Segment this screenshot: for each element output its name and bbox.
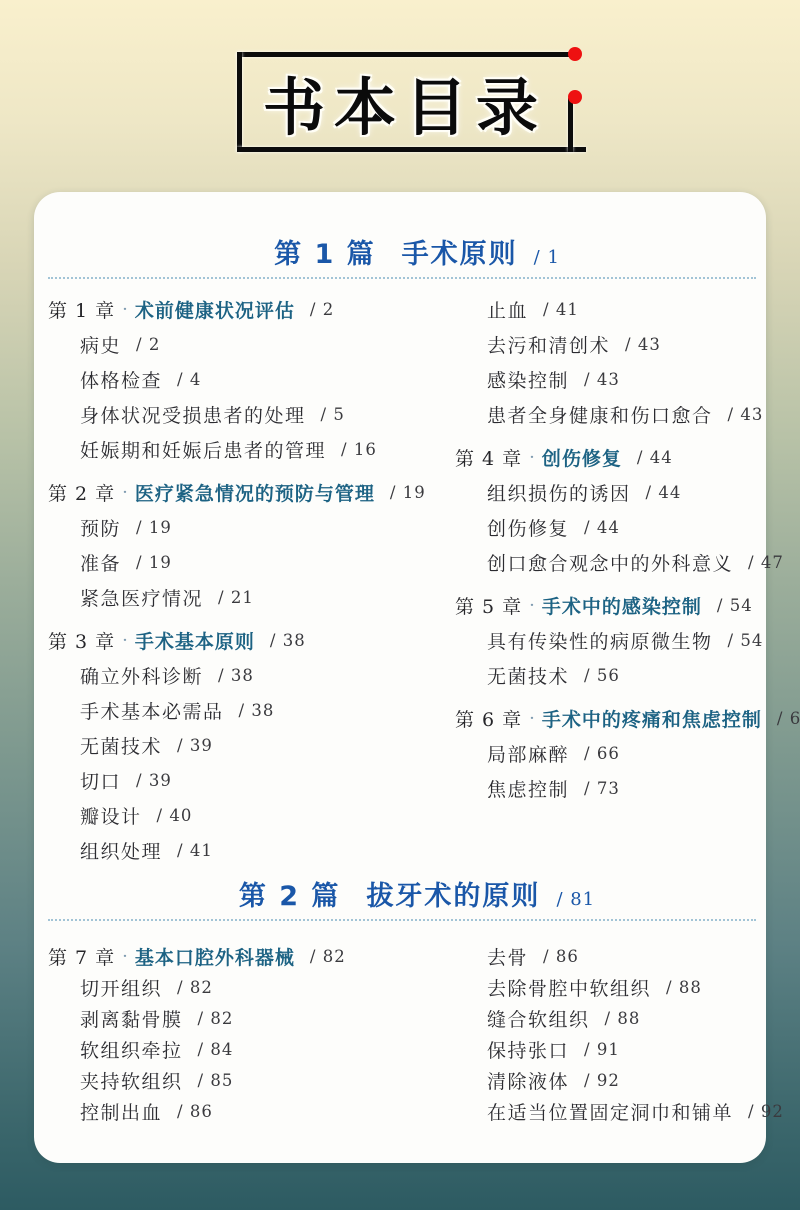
toc-item-row: 切开组织/ 82 (48, 972, 455, 1003)
toc-item-title: 缝合软组织 (487, 1005, 590, 1032)
toc-item-title: 局部麻醉 (487, 740, 569, 767)
page-number: / 84 (198, 1040, 234, 1059)
page-number: / 38 (218, 666, 254, 685)
toc-item-title: 去除骨腔中软组织 (487, 974, 651, 1001)
page-number: / 43 (625, 335, 661, 354)
toc-item-row: 组织处理/ 41 (48, 833, 455, 868)
chapter-title: 手术中的疼痛和焦虑控制 (542, 705, 762, 732)
page-number: / 19 (136, 518, 172, 537)
toc-item-title: 妊娠期和妊娠后患者的管理 (80, 436, 326, 463)
toc-item-title: 在适当位置固定洞巾和铺单 (487, 1098, 733, 1125)
part-number-label: 第 2 篇 (239, 874, 341, 913)
page-number: / 88 (666, 978, 702, 997)
page-number: / 92 (748, 1102, 784, 1121)
toc-item-row: 体格检查/ 4 (48, 362, 455, 397)
part-heading: 第 1 篇手术原则/ 1 (78, 232, 756, 271)
page-number: / 21 (218, 588, 254, 607)
toc-item-title: 去污和清创术 (487, 331, 610, 358)
chapter-separator-dot: · (122, 630, 128, 651)
toc-item-row: 创伤修复/ 44 (455, 510, 800, 545)
toc-columns: 第 7 章·基本口腔外科器械/ 82切开组织/ 82剥离黏骨膜/ 82软组织牵拉… (48, 941, 756, 1127)
toc-item-title: 组织处理 (80, 837, 162, 864)
toc-item-row: 切口/ 39 (48, 763, 455, 798)
page-number: / 73 (584, 779, 620, 798)
toc-item-row: 无菌技术/ 56 (455, 658, 800, 693)
toc-item-title: 去骨 (487, 943, 528, 970)
toc-banner: 书本目录 (0, 0, 800, 192)
page-number: / 19 (136, 553, 172, 572)
page-number: / 44 (646, 483, 682, 502)
toc-column-left: 第 1 章·术前健康状况评估/ 2病史/ 2体格检查/ 4身体状况受损患者的处理… (48, 292, 455, 868)
chapter-row: 第 7 章·基本口腔外科器械/ 82 (48, 941, 455, 972)
chapter-number-label: 第 2 章 (48, 479, 115, 506)
page-number: / 44 (637, 448, 673, 467)
part-number-label: 第 1 篇 (274, 232, 376, 271)
toc-item-row: 预防/ 19 (48, 510, 455, 545)
toc-item-row: 准备/ 19 (48, 545, 455, 580)
chapter-row: 第 5 章·手术中的感染控制/ 54 (455, 588, 800, 623)
toc-columns: 第 1 章·术前健康状况评估/ 2病史/ 2体格检查/ 4身体状况受损患者的处理… (48, 292, 756, 868)
part-page-number: / 81 (556, 889, 595, 910)
toc-item-title: 预防 (80, 514, 121, 541)
toc-column-right: 止血/ 41去污和清创术/ 43感染控制/ 43患者全身健康和伤口愈合/ 43第… (455, 292, 800, 868)
page-number: / 47 (748, 553, 784, 572)
toc-item-title: 组织损伤的诱因 (487, 479, 631, 506)
page-number: / 44 (584, 518, 620, 537)
toc-item-title: 焦虑控制 (487, 775, 569, 802)
toc-item-row: 止血/ 41 (455, 292, 800, 327)
toc-item-title: 手术基本必需品 (80, 697, 224, 724)
toc-item-row: 清除液体/ 92 (455, 1065, 784, 1096)
page-number: / 5 (321, 405, 345, 424)
page-number: / 66 (777, 709, 800, 728)
toc-item-title: 患者全身健康和伤口愈合 (487, 401, 713, 428)
toc-item-row: 夹持软组织/ 85 (48, 1065, 455, 1096)
toc-item-title: 体格检查 (80, 366, 162, 393)
chapter-separator-dot: · (122, 946, 128, 967)
toc-column-right: 去骨/ 86去除骨腔中软组织/ 88缝合软组织/ 88保持张口/ 91清除液体/… (455, 941, 784, 1127)
part-section-1: 第 1 篇手术原则/ 1第 1 章·术前健康状况评估/ 2病史/ 2体格检查/ … (48, 232, 756, 868)
page-number: / 19 (390, 483, 426, 502)
toc-item-title: 夹持软组织 (80, 1067, 183, 1094)
page-number: / 85 (198, 1071, 234, 1090)
page-number: / 82 (198, 1009, 234, 1028)
toc-item-row: 具有传染性的病原微生物/ 54 (455, 623, 800, 658)
chapter-number-label: 第 6 章 (455, 705, 522, 732)
page-number: / 4 (177, 370, 201, 389)
chapter-number-label: 第 1 章 (48, 296, 115, 323)
chapter-row: 第 6 章·手术中的疼痛和焦虑控制/ 66 (455, 701, 800, 736)
toc-item-row: 患者全身健康和伤口愈合/ 43 (455, 397, 800, 432)
page-number: / 2 (136, 335, 160, 354)
page-number: / 39 (177, 736, 213, 755)
page-number: / 16 (341, 440, 377, 459)
toc-item-row: 去污和清创术/ 43 (455, 327, 800, 362)
part-heading: 第 2 篇拔牙术的原则/ 81 (78, 874, 756, 913)
chapter-separator-dot: · (529, 708, 535, 729)
toc-item-row: 保持张口/ 91 (455, 1034, 784, 1065)
toc-item-title: 创口愈合观念中的外科意义 (487, 549, 733, 576)
page-number: / 82 (177, 978, 213, 997)
chapter-row: 第 4 章·创伤修复/ 44 (455, 440, 800, 475)
part-section-2: 第 2 篇拔牙术的原则/ 81第 7 章·基本口腔外科器械/ 82切开组织/ 8… (48, 874, 756, 1127)
toc-item-row: 组织损伤的诱因/ 44 (455, 475, 800, 510)
toc-item-row: 局部麻醉/ 66 (455, 736, 800, 771)
toc-item-title: 清除液体 (487, 1067, 569, 1094)
part-title: 手术原则 (402, 232, 518, 271)
toc-item-title: 具有传染性的病原微生物 (487, 627, 713, 654)
toc-item-title: 病史 (80, 331, 121, 358)
toc-item-row: 确立外科诊断/ 38 (48, 658, 455, 693)
page-number: / 41 (177, 841, 213, 860)
toc-item-row: 在适当位置固定洞巾和铺单/ 92 (455, 1096, 784, 1127)
toc-item-title: 感染控制 (487, 366, 569, 393)
toc-item-row: 剥离黏骨膜/ 82 (48, 1003, 455, 1034)
toc-item-row: 控制出血/ 86 (48, 1096, 455, 1127)
page-number: / 38 (270, 631, 306, 650)
dashed-divider (48, 277, 756, 279)
page-number: / 66 (584, 744, 620, 763)
chapter-row: 第 2 章·医疗紧急情况的预防与管理/ 19 (48, 475, 455, 510)
toc-item-title: 剥离黏骨膜 (80, 1005, 183, 1032)
toc-item-title: 紧急医疗情况 (80, 584, 203, 611)
toc-item-row: 焦虑控制/ 73 (455, 771, 800, 806)
page-number: / 56 (584, 666, 620, 685)
toc-item-row: 缝合软组织/ 88 (455, 1003, 784, 1034)
page-number: / 86 (177, 1102, 213, 1121)
chapter-separator-dot: · (122, 299, 128, 320)
toc-item-row: 去骨/ 86 (455, 941, 784, 972)
chapter-title: 基本口腔外科器械 (135, 943, 295, 970)
page-number: / 43 (728, 405, 764, 424)
page-number: / 2 (310, 300, 334, 319)
toc-parts: 第 1 篇手术原则/ 1第 1 章·术前健康状况评估/ 2病史/ 2体格检查/ … (48, 232, 756, 1127)
chapter-separator-dot: · (122, 482, 128, 503)
toc-column-left: 第 7 章·基本口腔外科器械/ 82切开组织/ 82剥离黏骨膜/ 82软组织牵拉… (48, 941, 455, 1127)
toc-item-row: 创口愈合观念中的外科意义/ 47 (455, 545, 800, 580)
toc-item-title: 准备 (80, 549, 121, 576)
toc-card: 第 1 篇手术原则/ 1第 1 章·术前健康状况评估/ 2病史/ 2体格检查/ … (34, 192, 766, 1163)
toc-item-title: 无菌技术 (80, 732, 162, 759)
part-page-number: / 1 (534, 247, 560, 268)
chapter-title: 医疗紧急情况的预防与管理 (135, 479, 375, 506)
chapter-row: 第 3 章·手术基本原则/ 38 (48, 623, 455, 658)
page-number: / 91 (584, 1040, 620, 1059)
toc-item-title: 确立外科诊断 (80, 662, 203, 689)
page-number: / 39 (136, 771, 172, 790)
toc-item-row: 病史/ 2 (48, 327, 455, 362)
chapter-number-label: 第 7 章 (48, 943, 115, 970)
toc-item-title: 止血 (487, 296, 528, 323)
toc-item-row: 瓣设计/ 40 (48, 798, 455, 833)
page-number: / 54 (728, 631, 764, 650)
toc-item-row: 紧急医疗情况/ 21 (48, 580, 455, 615)
page-number: / 40 (157, 806, 193, 825)
toc-item-row: 感染控制/ 43 (455, 362, 800, 397)
chapter-title: 手术中的感染控制 (542, 592, 702, 619)
part-title: 拔牙术的原则 (366, 874, 540, 913)
page-number: / 43 (584, 370, 620, 389)
toc-item-title: 控制出血 (80, 1098, 162, 1125)
toc-item-row: 去除骨腔中软组织/ 88 (455, 972, 784, 1003)
toc-item-title: 切口 (80, 767, 121, 794)
chapter-number-label: 第 5 章 (455, 592, 522, 619)
chapter-title: 术前健康状况评估 (135, 296, 295, 323)
page-number: / 92 (584, 1071, 620, 1090)
toc-item-row: 手术基本必需品/ 38 (48, 693, 455, 728)
toc-item-title: 无菌技术 (487, 662, 569, 689)
chapter-separator-dot: · (529, 595, 535, 616)
toc-item-title: 瓣设计 (80, 802, 142, 829)
toc-item-title: 保持张口 (487, 1036, 569, 1063)
page-number: / 38 (239, 701, 275, 720)
page-title: 书本目录 (237, 52, 573, 152)
chapter-row: 第 1 章·术前健康状况评估/ 2 (48, 292, 455, 327)
toc-item-title: 身体状况受损患者的处理 (80, 401, 306, 428)
toc-item-row: 软组织牵拉/ 84 (48, 1034, 455, 1065)
chapter-number-label: 第 4 章 (455, 444, 522, 471)
toc-item-title: 创伤修复 (487, 514, 569, 541)
toc-item-row: 身体状况受损患者的处理/ 5 (48, 397, 455, 432)
toc-item-row: 无菌技术/ 39 (48, 728, 455, 763)
page-number: / 41 (543, 300, 579, 319)
chapter-number-label: 第 3 章 (48, 627, 115, 654)
chapter-title: 手术基本原则 (135, 627, 255, 654)
dashed-divider (48, 919, 756, 921)
banner-frame: 书本目录 (237, 52, 573, 152)
toc-item-title: 切开组织 (80, 974, 162, 1001)
page-number: / 88 (605, 1009, 641, 1028)
page-number: / 82 (310, 947, 346, 966)
page-number: / 54 (717, 596, 753, 615)
chapter-title: 创伤修复 (542, 444, 622, 471)
chapter-separator-dot: · (529, 447, 535, 468)
toc-item-row: 妊娠期和妊娠后患者的管理/ 16 (48, 432, 455, 467)
page-number: / 86 (543, 947, 579, 966)
toc-item-title: 软组织牵拉 (80, 1036, 183, 1063)
